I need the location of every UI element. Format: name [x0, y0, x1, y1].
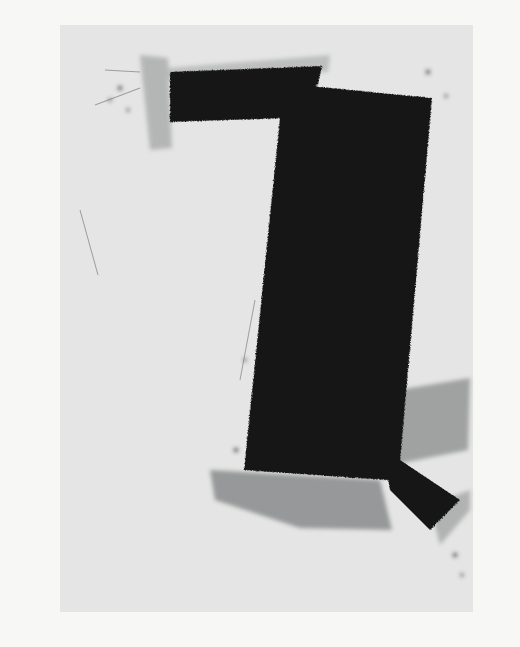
artwork-photograph — [0, 0, 520, 647]
